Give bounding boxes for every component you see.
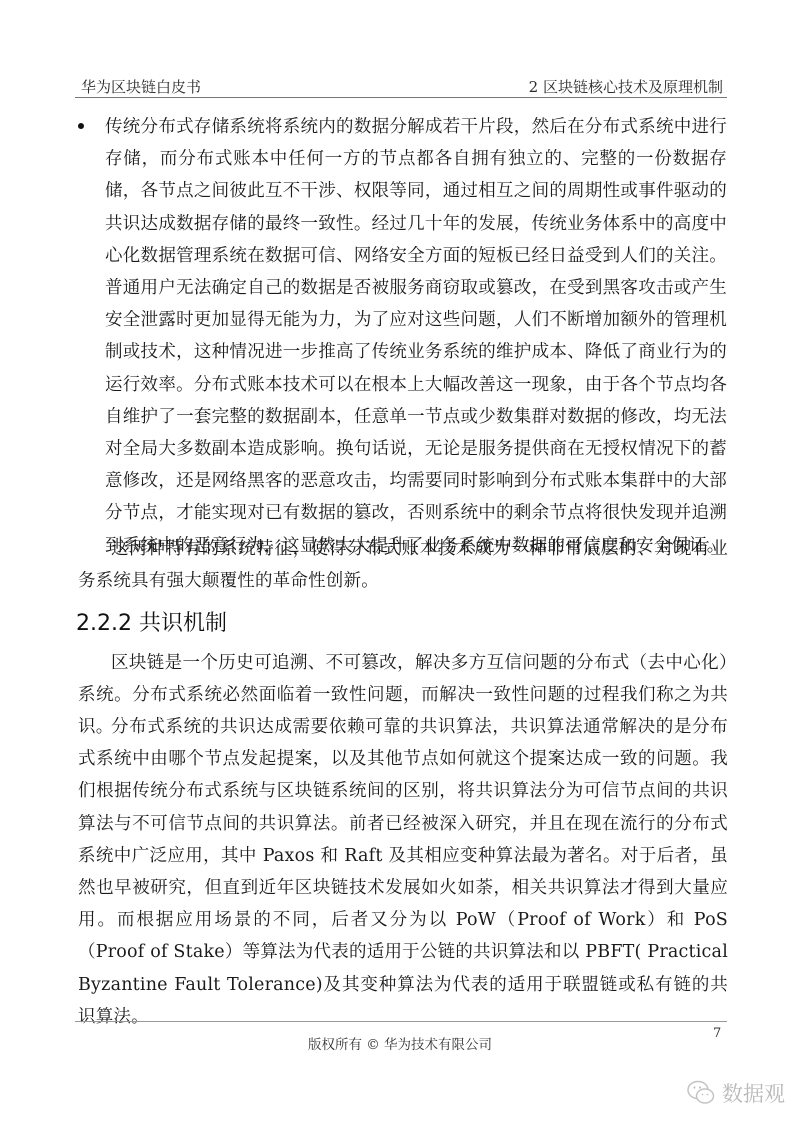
bullet-icon <box>78 123 84 129</box>
footer-divider <box>75 1021 727 1022</box>
chapter-title: 2 区块链核心技术及原理机制 <box>529 76 723 97</box>
watermark: 数据观 <box>686 1075 785 1111</box>
watermark-text: 数据观 <box>722 1078 785 1108</box>
header-divider <box>75 97 727 98</box>
page-header: 华为区块链白皮书 2 区块链核心技术及原理机制 <box>75 74 727 96</box>
wechat-icon <box>686 1079 716 1107</box>
summary-paragraph: 这两种特有的系统特征，使得分布式账本技术成为一种非常底层的、对现有业务系统具有强… <box>78 533 728 597</box>
section-heading: 2.2.2 共识机制 <box>76 606 227 637</box>
section-paragraph-2: 分布式系统的共识达成需要依赖可靠的共识算法，共识算法通常解决的是分布式系统中由哪… <box>78 711 728 1033</box>
bullet-paragraph: 传统分布式存储系统将系统内的数据分解成若干片段，然后在分布式系统中进行存储，而分… <box>105 111 727 562</box>
document-title: 华为区块链白皮书 <box>81 76 201 97</box>
copyright-notice: 版权所有 © 华为技术有限公司 <box>0 1033 800 1053</box>
